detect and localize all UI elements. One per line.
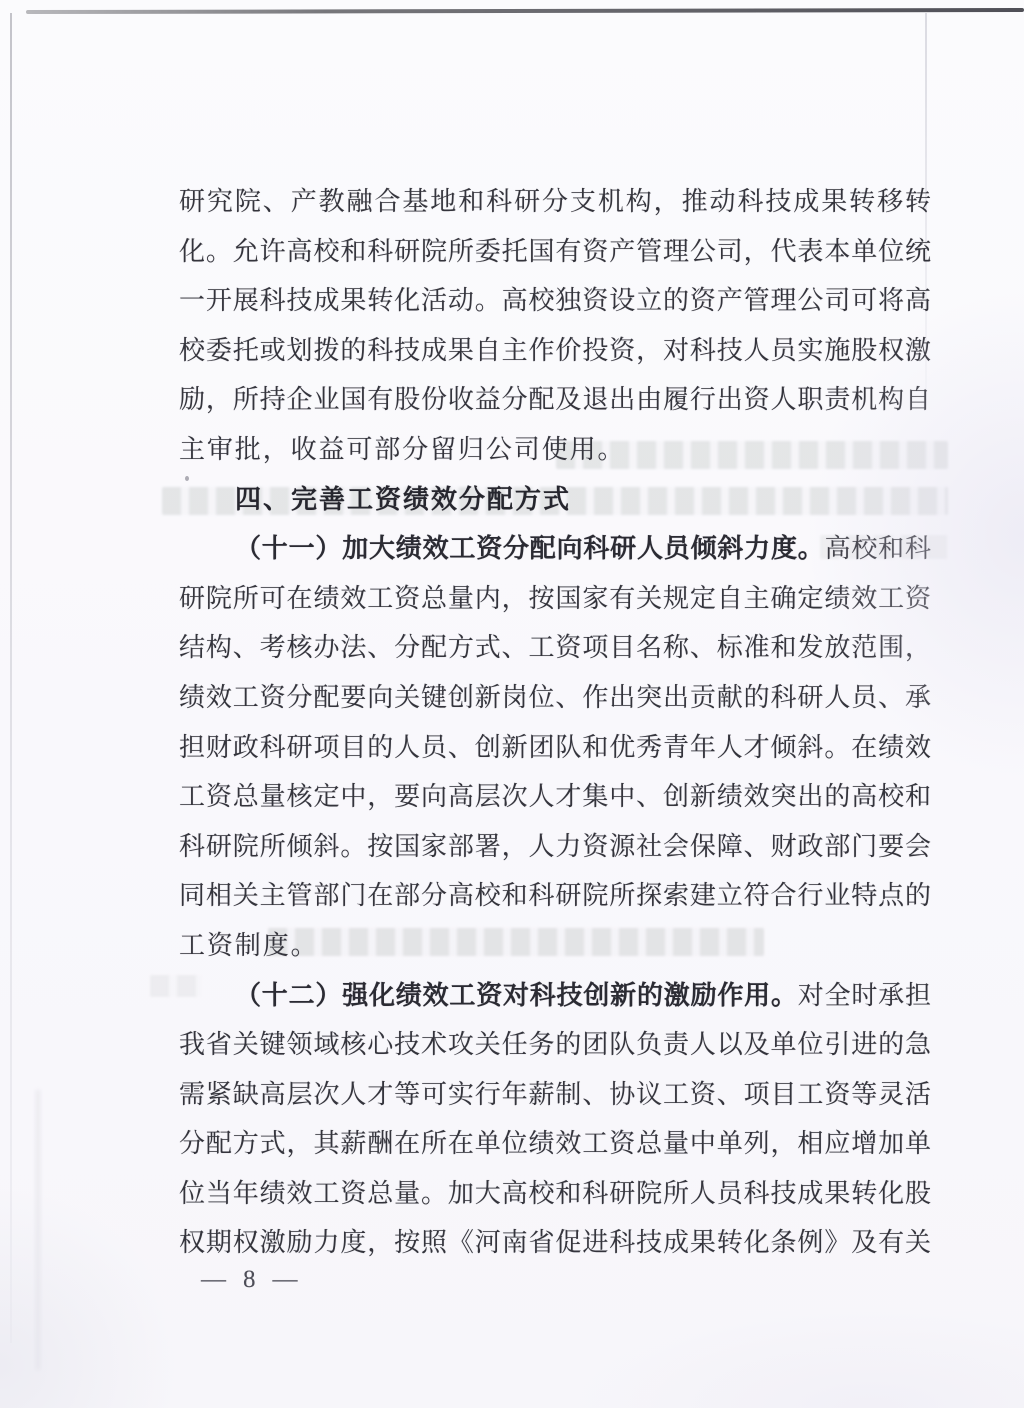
section-heading: 四、完善工资绩效分配方式 <box>179 475 931 525</box>
text-line: 化。允许高校和科研院所委托国有资产管理公司，代表本单位统 <box>179 227 931 277</box>
text-line: 结构、考核办法、分配方式、工资项目名称、标准和发放范围， <box>179 623 931 673</box>
text-line: 担财政科研项目的人员、创新团队和优秀青年人才倾斜。在绩效 <box>179 723 931 773</box>
text-line: 分配方式，其薪酬在所在单位绩效工资总量中单列，相应增加单 <box>179 1119 931 1169</box>
text-line: 主审批，收益可部分留归公司使用。 <box>179 425 931 475</box>
text-line: 权期权激励力度，按照《河南省促进科技成果转化条例》及有关 <box>179 1218 931 1268</box>
clause-lead: （十二）强化绩效工资对科技创新的激励作用。 <box>235 981 798 1010</box>
text-line: 位当年绩效工资总量。加大高校和科研院所人员科技成果转化股 <box>179 1169 931 1219</box>
page-number: — 8 — <box>201 1266 299 1294</box>
scan-edge-left <box>10 13 12 1343</box>
text-line: 一开展科技成果转化活动。高校独资设立的资产管理公司可将高 <box>179 276 931 326</box>
scan-fold-shadow <box>36 1090 40 1370</box>
page-number-value: 8 <box>243 1266 257 1294</box>
clause-tail: 对全时承担 <box>798 981 931 1010</box>
text-line: 同相关主管部门在部分高校和科研院所探索建立符合行业特点的 <box>179 871 931 921</box>
text-line: （十一）加大绩效工资分配向科研人员倾斜力度。高校和科 <box>179 524 931 574</box>
text-line: 工资制度。 <box>179 921 931 971</box>
clause-tail: 高校和科 <box>825 534 931 563</box>
text-line: （十二）强化绩效工资对科技创新的激励作用。对全时承担 <box>179 971 931 1021</box>
text-line: 科研院所倾斜。按国家部署，人力资源社会保障、财政部门要会 <box>179 822 931 872</box>
text-line: 工资总量核定中，要向高层次人才集中、创新绩效突出的高校和 <box>179 772 931 822</box>
scan-edge-top <box>26 8 1024 14</box>
text-line: 校委托或划拨的科技成果自主作价投资，对科技人员实施股权激 <box>179 326 931 376</box>
document-body: 研究院、产教融合基地和科研分支机构，推动科技成果转移转 化。允许高校和科研院所委… <box>179 177 931 1268</box>
page-number-dash-right: — <box>273 1266 299 1294</box>
document-page: 研究院、产教融合基地和科研分支机构，推动科技成果转移转 化。允许高校和科研院所委… <box>0 0 1024 1408</box>
text-line: 需紧缺高层次人才等可实行年薪制、协议工资、项目工资等灵活 <box>179 1070 931 1120</box>
text-line: 励，所持企业国有股份收益分配及退出由履行出资人职责机构自 <box>179 375 931 425</box>
text-line: 我省关键领域核心技术攻关任务的团队负责人以及单位引进的急 <box>179 1020 931 1070</box>
text-line: 研院所可在绩效工资总量内，按国家有关规定自主确定绩效工资 <box>179 574 931 624</box>
page-number-dash-left: — <box>201 1266 227 1294</box>
text-line: 研究院、产教融合基地和科研分支机构，推动科技成果转移转 <box>179 177 931 227</box>
text-line: 绩效工资分配要向关键创新岗位、作出突出贡献的科研人员、承 <box>179 673 931 723</box>
clause-lead: （十一）加大绩效工资分配向科研人员倾斜力度。 <box>235 534 825 563</box>
